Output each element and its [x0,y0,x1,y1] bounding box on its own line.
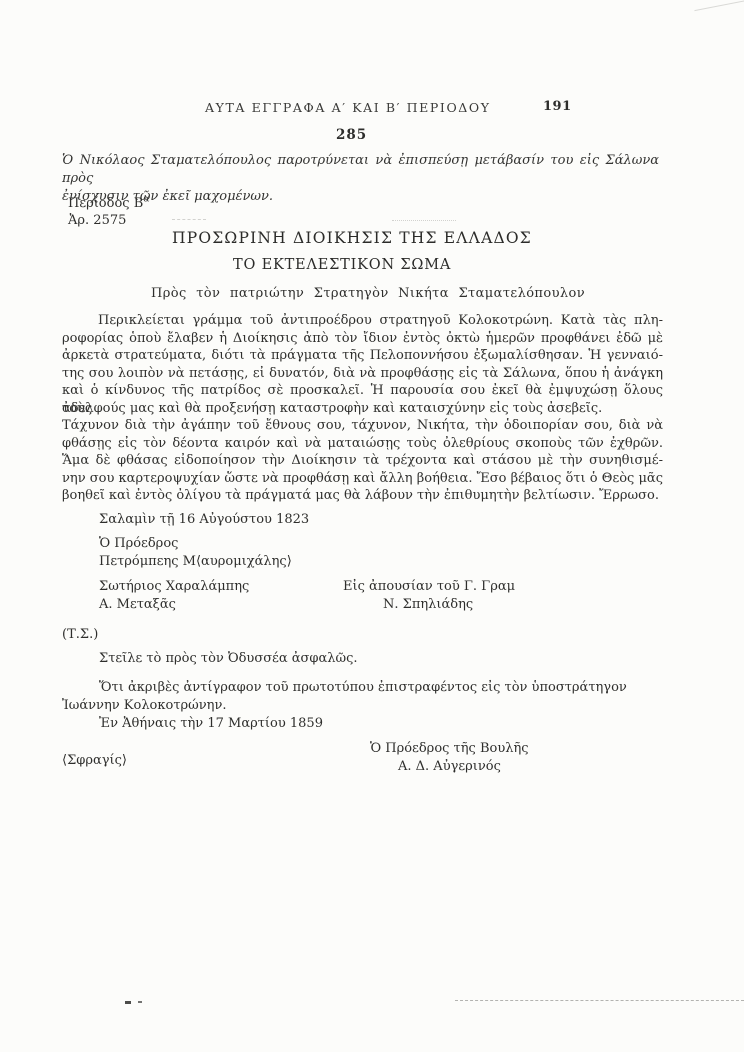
scan-artifact-corner [694,0,744,11]
body-line: Τάχυνον διὰ τὴν ἀγάπην τοῦ ἔθνους σου, τ… [62,417,663,435]
archive-number: Ἀρ. 2575 [68,213,126,228]
body-line: Ἅμα δὲ φθάσας εἰδοποίησον τὴν Διοίκησιν … [62,452,663,470]
running-header-title: ΑΥΤΑ ΕΓΓΡΑΦΑ Α′ ΚΑΙ Β′ ΠΕΡΙΟΔΟΥ [205,100,491,115]
dateline-salamis: Σαλαμὶν τῇ 16 Αὐγούστου 1823 [99,512,309,527]
scan-artifact-dots [392,220,456,221]
seal-note: ⟨Σφραγίς⟩ [62,753,127,768]
period-label: Περίοδος Β [68,196,143,211]
page-number: 191 [543,99,572,114]
scan-artifact-mark [138,1001,142,1003]
president-title: Ὁ Πρόεδρος [99,536,178,551]
body-line: βοηθεῖ καὶ ἐντὸς ὀλίγου τὰ πράγματά μας … [62,487,663,505]
scan-artifact-dashed-rule [455,1000,744,1001]
summary-line: ἐνίσχυσιν τῶν ἐκεῖ μαχομένων. [62,188,659,206]
body-line: νην σου καρτεροψυχίαν ὥστε νὰ προφθάσῃ κ… [62,470,663,488]
president-name: Πετρόμπεης Μ⟨αυρομιχάλης⟩ [99,554,292,569]
letter-body: Περικλείεται γράμμα τοῦ ἀντιπροέδρου στρ… [62,312,663,505]
boule-president-title: Ὁ Πρόεδρος τῆς Βουλῆς [370,741,529,756]
heading-provisional-administration: ΠΡΟΣΩΡΙΝΗ ΔΙΟΙΚΗΣΙΣ ΤΗΣ ΕΛΛΑΔΟΣ [172,229,532,247]
postscript-line: Στεῖλε τὸ πρὸς τὸν Ὀδυσσέα ἀσφαλῶς. [99,651,358,666]
body-line: Περικλείεται γράμμα τοῦ ἀντιπροέδρου στρ… [62,312,663,330]
signatory-member-2: Α. Μεταξᾶς [99,597,176,612]
scan-artifact-mark [125,1001,131,1004]
period-reference: Περίοδος Βα [68,196,149,211]
certification-line-2: Ἰωάννην Κολοκοτρώνην. [62,698,227,713]
secretary-absence-note: Εἰς ἀπουσίαν τοῦ Γ. Γραμ [343,579,515,594]
scanned-document-page: ΑΥΤΑ ΕΓΓΡΑΦΑ Α′ ΚΑΙ Β′ ΠΕΡΙΟΔΟΥ 191 285 … [0,0,744,1052]
body-line: ἀρκετὰ στρατεύματα, διότι τὰ πράγματα τῆ… [62,347,663,365]
signatory-member-1: Σωτήριος Χαραλάμπης [99,579,249,594]
period-superscript: α [143,195,149,205]
addressee-line: Πρὸς τὸν πατριώτην Στρατηγὸν Νικήτα Σταμ… [151,286,585,301]
scan-artifact-dots [172,219,206,220]
seal-mark: (Τ.Σ.) [62,627,98,642]
boule-president-name: Α. Δ. Αὐγερινός [398,759,501,774]
document-number: 285 [336,127,367,143]
certification-dateline: Ἐν Ἀθήναις τὴν 17 Μαρτίου 1859 [99,716,323,731]
summary-line: Ὁ Νικόλαος Σταματελόπουλος παροτρύνεται … [62,152,659,188]
document-summary: Ὁ Νικόλαος Σταματελόπουλος παροτρύνεται … [62,152,659,206]
body-line: ἀδελφούς μας καὶ θὰ προξενήσῃ καταστροφὴ… [62,400,663,418]
certification-line-1: Ὅτι ἀκριβὲς ἀντίγραφον τοῦ πρωτοτύπου ἐπ… [99,680,627,695]
body-line: ροφορίας ὁποὺ ἔλαβεν ἡ Διοίκησις ἀπὸ τὸν… [62,330,663,348]
heading-executive-body: ΤΟ ΕΚΤΕΛΕΣΤΙΚΟΝ ΣΩΜΑ [233,257,451,273]
body-line: φθάσῃς εἰς τὸν δέοντα καιρόν καὶ νὰ ματα… [62,435,663,453]
secretary-name: Ν. Σπηλιάδης [383,597,473,612]
body-line: της σου λοιπὸν νὰ πετάσῃς, εἰ δυνατόν, δ… [62,365,663,383]
body-line: καὶ ὁ κίνδυνος τῆς πατρίδος σὲ προσκαλεῖ… [62,382,663,400]
